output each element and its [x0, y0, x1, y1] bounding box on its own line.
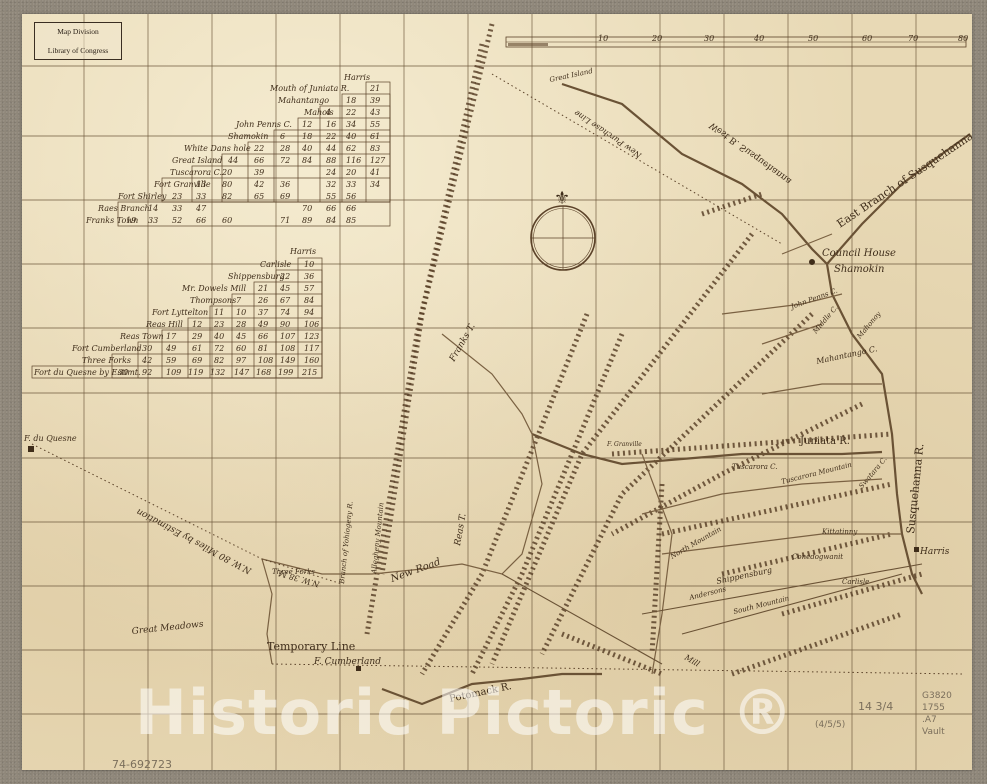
svg-text:61: 61 [192, 344, 202, 353]
svg-text:16: 16 [326, 120, 336, 129]
svg-text:42: 42 [141, 356, 152, 365]
svg-text:67: 67 [280, 296, 291, 305]
svg-text:Mr. Dowels Mill: Mr. Dowels Mill [181, 284, 247, 293]
svg-text:117: 117 [304, 344, 320, 353]
svg-text:132: 132 [210, 368, 225, 377]
svg-text:Great Meadows: Great Meadows [131, 619, 204, 637]
svg-text:60: 60 [862, 34, 872, 43]
svg-text:49: 49 [257, 320, 268, 329]
svg-text:83: 83 [370, 144, 380, 153]
svg-text:71: 71 [280, 216, 290, 225]
svg-text:20: 20 [345, 168, 356, 177]
svg-text:F. Granville: F. Granville [606, 441, 642, 448]
svg-text:Mahonoy: Mahonoy [855, 309, 883, 341]
svg-text:North Mountain: North Mountain [668, 525, 723, 561]
svg-text:40: 40 [213, 332, 224, 341]
svg-text:72: 72 [214, 344, 224, 353]
svg-text:Great Island: Great Island [172, 156, 222, 165]
distance-table-west: Harris Carlisle10 Shippensburg2236 Mr. D… [32, 247, 322, 378]
svg-text:149: 149 [280, 356, 295, 365]
stamp-line-2: Library of Congress [48, 46, 108, 55]
svg-text:84: 84 [326, 216, 336, 225]
svg-text:59: 59 [166, 356, 176, 365]
svg-text:28: 28 [279, 144, 290, 153]
svg-text:Kittatinny: Kittatinny [821, 528, 858, 536]
svg-text:28: 28 [235, 320, 246, 329]
svg-text:20: 20 [221, 168, 232, 177]
shamokin-marker [809, 259, 815, 265]
svg-text:John Penns C.: John Penns C. [234, 120, 292, 129]
svg-text:Reas T.: Reas T. [453, 513, 469, 548]
svg-text:33: 33 [196, 192, 206, 201]
svg-text:18: 18 [302, 132, 312, 141]
svg-text:33: 33 [172, 204, 182, 213]
svg-text:Mahantango: Mahantango [277, 96, 329, 105]
svg-text:61: 61 [370, 132, 380, 141]
svg-text:47: 47 [195, 204, 207, 213]
survey-grid [22, 14, 972, 770]
svg-text:84: 84 [304, 296, 314, 305]
svg-text:Harris: Harris [289, 247, 316, 256]
svg-text:52: 52 [172, 216, 182, 225]
svg-text:42: 42 [253, 180, 264, 189]
svg-text:116: 116 [346, 156, 361, 165]
svg-text:22: 22 [345, 108, 356, 117]
svg-text:34: 34 [346, 120, 356, 129]
svg-text:82: 82 [222, 192, 232, 201]
svg-text:West B. Susquehanna: West B. Susquehanna [708, 120, 794, 187]
svg-text:23: 23 [171, 192, 182, 201]
svg-text:123: 123 [304, 332, 319, 341]
svg-text:Temporary Line: Temporary Line [267, 640, 355, 653]
svg-text:4: 4 [325, 108, 331, 117]
svg-text:85: 85 [346, 216, 356, 225]
svg-text:65: 65 [254, 192, 264, 201]
svg-text:Tuscarora C.: Tuscarora C. [732, 463, 778, 471]
svg-text:F. du Quesne: F. du Quesne [23, 434, 77, 443]
svg-text:56: 56 [346, 192, 356, 201]
svg-text:97: 97 [236, 356, 247, 365]
svg-text:Mouth of Juniata R.: Mouth of Juniata R. [269, 84, 349, 93]
svg-text:Fort Lyttelton: Fort Lyttelton [151, 308, 208, 317]
svg-text:Susquehanna R.: Susquehanna R. [904, 443, 926, 534]
svg-text:11: 11 [214, 308, 224, 317]
svg-text:119: 119 [188, 368, 203, 377]
svg-text:Thompsons: Thompsons [190, 296, 236, 305]
svg-text:Tuscarora C.: Tuscarora C. [170, 168, 222, 177]
svg-text:Three Forks: Three Forks [82, 356, 131, 365]
svg-text:69: 69 [280, 192, 290, 201]
svg-text:39: 39 [254, 168, 264, 177]
svg-text:40: 40 [753, 34, 764, 43]
svg-text:Mill: Mill [682, 652, 701, 668]
svg-text:88: 88 [326, 156, 336, 165]
svg-text:Shamokin: Shamokin [834, 264, 884, 275]
svg-text:10: 10 [236, 308, 246, 317]
map-canvas: 10 20 30 40 50 60 70 80 ⚜ Harris Mouth o… [22, 14, 972, 770]
stamp-line-1: Map Division [57, 27, 98, 36]
distance-table-east: Harris Mouth of Juniata R.21 Mahantango1… [85, 73, 390, 226]
svg-text:66: 66 [258, 332, 268, 341]
svg-text:Fort Shirley: Fort Shirley [117, 192, 167, 201]
map-labels: F. du Quesne Great Meadows Three Forks T… [23, 67, 972, 705]
round-stamp-note: (4/5/5) [815, 720, 845, 730]
svg-text:18: 18 [346, 96, 356, 105]
svg-text:21: 21 [257, 284, 268, 293]
svg-text:80: 80 [222, 180, 232, 189]
svg-text:30: 30 [142, 344, 152, 353]
map-sheet: 10 20 30 40 50 60 70 80 ⚜ Harris Mouth o… [22, 14, 972, 770]
svg-text:74: 74 [280, 308, 290, 317]
svg-text:94: 94 [304, 308, 314, 317]
svg-text:41: 41 [369, 168, 380, 177]
svg-text:Carlisle: Carlisle [842, 578, 869, 586]
svg-text:26: 26 [257, 296, 268, 305]
svg-text:40: 40 [345, 132, 356, 141]
svg-text:29: 29 [191, 332, 202, 341]
svg-text:89: 89 [302, 216, 312, 225]
svg-text:160: 160 [304, 356, 319, 365]
catalog-number: 74-692723 [112, 758, 172, 771]
svg-text:66: 66 [254, 156, 264, 165]
svg-text:44: 44 [325, 144, 336, 153]
svg-text:127: 127 [370, 156, 386, 165]
svg-text:Raes Branch: Raes Branch [97, 204, 150, 213]
svg-text:50: 50 [808, 34, 818, 43]
svg-text:19: 19 [126, 216, 136, 225]
svg-text:Carlisle: Carlisle [260, 260, 291, 269]
svg-text:60: 60 [236, 344, 246, 353]
svg-text:6: 6 [280, 132, 285, 141]
svg-text:22: 22 [279, 272, 290, 281]
svg-text:23: 23 [213, 320, 224, 329]
svg-text:66: 66 [346, 204, 356, 213]
svg-text:21: 21 [369, 84, 380, 93]
fleur-de-lis-icon: ⚜ [554, 188, 570, 209]
svg-text:Reas Hill: Reas Hill [145, 320, 183, 329]
svg-text:40: 40 [301, 144, 312, 153]
svg-text:12: 12 [302, 120, 312, 129]
svg-text:215: 215 [301, 368, 317, 377]
svg-text:45: 45 [235, 332, 246, 341]
svg-text:New Purchase Line: New Purchase Line [572, 108, 644, 160]
svg-text:Middle C.: Middle C. [811, 304, 840, 336]
svg-text:199: 199 [278, 368, 293, 377]
svg-text:43: 43 [369, 108, 380, 117]
svg-text:70: 70 [302, 204, 312, 213]
svg-text:Great Island: Great Island [549, 67, 594, 84]
svg-text:10: 10 [598, 34, 608, 43]
svg-text:New Road: New Road [388, 557, 442, 586]
svg-text:22: 22 [325, 132, 336, 141]
scale-bar: 10 20 30 40 50 60 70 80 [506, 34, 968, 47]
svg-text:14: 14 [148, 204, 158, 213]
rivers [262, 84, 970, 704]
svg-text:22: 22 [253, 144, 264, 153]
svg-text:60: 60 [222, 216, 232, 225]
svg-text:33: 33 [346, 180, 356, 189]
svg-text:92: 92 [142, 368, 152, 377]
svg-text:44: 44 [227, 156, 238, 165]
svg-text:49: 49 [165, 344, 176, 353]
svg-text:80: 80 [958, 34, 968, 43]
svg-text:81: 81 [258, 344, 268, 353]
svg-text:Harris: Harris [919, 547, 950, 557]
call-number: G3820 1755 .A7 Vault [922, 690, 972, 738]
svg-text:168: 168 [256, 368, 271, 377]
svg-text:45: 45 [279, 284, 290, 293]
svg-text:37: 37 [258, 308, 269, 317]
svg-text:34: 34 [370, 180, 380, 189]
svg-text:Reas Town: Reas Town [119, 332, 164, 341]
svg-text:109: 109 [166, 368, 181, 377]
svg-text:108: 108 [280, 344, 295, 353]
svg-text:12: 12 [192, 320, 202, 329]
svg-text:Juniata R.: Juniata R. [799, 436, 850, 447]
svg-text:72: 72 [280, 156, 290, 165]
svg-text:24: 24 [325, 168, 336, 177]
svg-text:90: 90 [280, 320, 290, 329]
svg-text:Potomack R.: Potomack R. [448, 681, 512, 705]
svg-text:Tuscarora Mountain: Tuscarora Mountain [781, 461, 854, 486]
svg-text:69: 69 [192, 356, 202, 365]
svg-text:Council House: Council House [822, 248, 896, 259]
svg-text:57: 57 [304, 284, 315, 293]
svg-text:107: 107 [280, 332, 296, 341]
svg-text:108: 108 [258, 356, 273, 365]
svg-text:39: 39 [370, 96, 380, 105]
harris-marker [914, 547, 919, 552]
svg-text:55: 55 [326, 192, 336, 201]
svg-text:13: 13 [196, 180, 206, 189]
svg-text:Shippensburg: Shippensburg [228, 272, 285, 281]
svg-text:84: 84 [302, 156, 312, 165]
svg-text:10: 10 [304, 260, 314, 269]
svg-text:17: 17 [166, 332, 177, 341]
svg-text:30: 30 [118, 368, 128, 377]
svg-text:66: 66 [326, 204, 336, 213]
svg-text:147: 147 [234, 368, 250, 377]
svg-text:Conedogwanit: Conedogwanit [792, 553, 843, 561]
svg-text:66: 66 [196, 216, 206, 225]
size-note: 14 3/4 [858, 700, 893, 713]
svg-text:36: 36 [304, 272, 314, 281]
svg-text:F. Cumberland: F. Cumberland [313, 657, 381, 667]
svg-text:106: 106 [304, 320, 319, 329]
fort-du-quesne-marker [28, 446, 34, 452]
svg-text:36: 36 [280, 180, 290, 189]
library-of-congress-stamp: Map Division Library of Congress [34, 22, 122, 60]
svg-text:55: 55 [370, 120, 380, 129]
svg-text:62: 62 [346, 144, 356, 153]
svg-text:33: 33 [148, 216, 158, 225]
svg-text:N.W. 80 Miles by Estimation: N.W. 80 Miles by Estimation [135, 506, 254, 576]
svg-text:20: 20 [651, 34, 662, 43]
svg-text:70: 70 [908, 34, 918, 43]
svg-text:32: 32 [326, 180, 336, 189]
svg-text:82: 82 [214, 356, 224, 365]
svg-text:Shamokin: Shamokin [228, 132, 268, 141]
svg-text:East Branch of Susquehanna: East Branch of Susquehanna [834, 129, 972, 230]
svg-text:Harris: Harris [343, 73, 370, 82]
svg-text:30: 30 [704, 34, 714, 43]
svg-text:7: 7 [236, 296, 242, 305]
svg-text:White Dans hole: White Dans hole [184, 144, 251, 153]
svg-text:Fort Cumberland: Fort Cumberland [71, 344, 142, 353]
